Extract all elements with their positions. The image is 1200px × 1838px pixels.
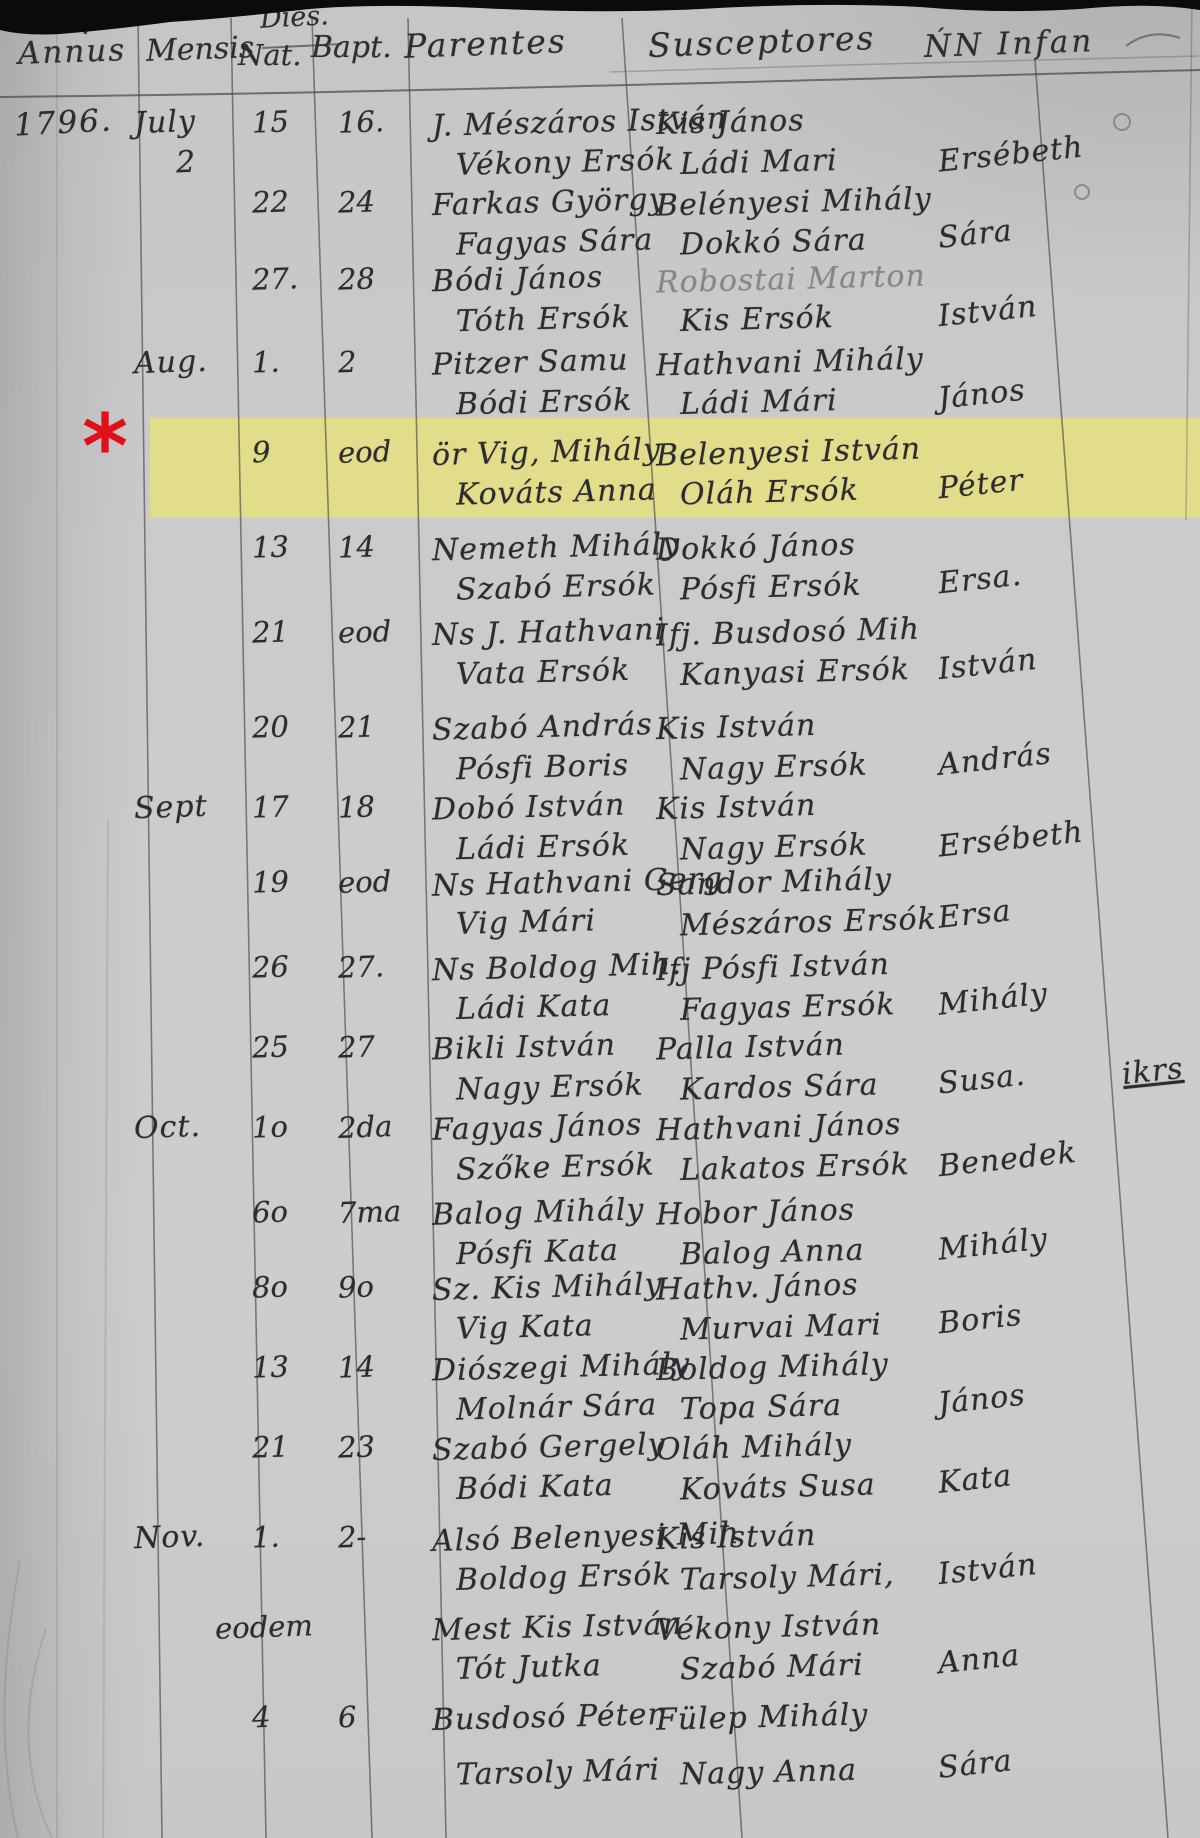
godfather-name: Robostai Marton [656, 258, 927, 300]
father-name: Fagyas János [432, 1107, 643, 1147]
mother-name: Tót Jutka [456, 1648, 603, 1687]
nat-day-cell: 9 [251, 435, 271, 470]
godmother-name: Ládi Mari [680, 143, 839, 182]
bapt-day-cell: 14 [337, 529, 375, 564]
mother-name: Molnár Sára [456, 1387, 658, 1427]
godfather-name: Boldog Mihály [656, 1347, 890, 1388]
mensis-day-cell: 2 [175, 145, 196, 181]
father-name: Pitzer Samu [432, 342, 629, 382]
father-name: Nemeth Mihály [432, 527, 681, 568]
annus-cell: 1796. [13, 102, 113, 143]
godfather-name: Palla István [656, 1028, 846, 1068]
godmother-name: Kanyasi Ersók [680, 652, 911, 693]
nat-day-cell: 27. [251, 261, 298, 297]
bapt-day-cell: 27. [337, 949, 384, 985]
mensis-cell: Oct. [133, 1109, 201, 1146]
godfather-name: Kis János [656, 103, 806, 142]
bapt-day-cell: 7ma [337, 1194, 401, 1230]
father-name: Bikli István [432, 1028, 617, 1068]
father-name: Balog Mihály [432, 1192, 645, 1233]
nat-day-cell: 6o [251, 1194, 288, 1229]
godmother-name: Ládi Mári [680, 383, 839, 422]
infans-name: Anna [936, 1638, 1021, 1681]
bapt-day-cell: 6 [337, 1700, 357, 1735]
infans-name: András [936, 736, 1053, 783]
bapt-day-cell: 27 [337, 1029, 375, 1064]
godfather-name: Fülep Mihály [656, 1697, 869, 1738]
mother-name: Tarsoly Mári [456, 1752, 661, 1792]
godmother-name: Mészáros Ersók [680, 902, 938, 944]
nat-day-cell: 1. [251, 1520, 280, 1555]
godmother-name: Nagy Ersók [680, 748, 869, 788]
mensis-cell: Nov. [133, 1519, 205, 1556]
godfather-name: Hobor János [656, 1192, 856, 1232]
nat-day-cell: 26 [251, 949, 289, 984]
bapt-day-cell: 23 [337, 1429, 375, 1464]
infans-name: István [936, 1547, 1039, 1592]
infans-name: Boris [936, 1298, 1024, 1342]
father-name: Farkas György [432, 182, 667, 223]
father-name: Mest Kis István [432, 1607, 684, 1649]
father-name: Szabó András [432, 707, 654, 748]
bapt-day-cell: 2 [337, 345, 357, 380]
godfather-name: Sandor Mihály [656, 862, 893, 903]
bapt-day-cell: 28 [337, 261, 375, 296]
bapt-day-cell: 2da [337, 1109, 392, 1145]
father-name: Sz. Kis Mihály [432, 1267, 663, 1308]
nat-day-cell: 8o [251, 1269, 288, 1304]
bapt-day-cell: 9o [337, 1269, 374, 1304]
infans-name: Benedek [937, 1135, 1079, 1184]
infans-name: Sára [936, 1743, 1014, 1786]
mensis-cell: July [133, 104, 196, 141]
nat-day-cell: 4 [251, 1700, 271, 1735]
godfather-name: Dokkó János [656, 527, 857, 567]
infans-name: Susa. [936, 1058, 1027, 1102]
godmother-name: Kardos Sára [680, 1067, 879, 1107]
godmother-name: Balog Anna [680, 1233, 865, 1273]
father-name: Diószegi Mihály [432, 1347, 691, 1389]
godfather-name: Ifj Pósfi István [656, 947, 891, 988]
mensis-cell: Aug. [133, 344, 208, 382]
godfather-name: Vékony István [656, 1607, 882, 1648]
infans-name: Ersébeth [937, 814, 1086, 864]
bapt-day-cell: eod [337, 614, 391, 650]
infans-name: Péter [936, 463, 1025, 507]
father-name: Ns Boldog Mih. [432, 947, 683, 989]
mensis-cell: Sept [133, 789, 208, 827]
asterisk-marker: * [82, 403, 128, 491]
mother-name: Vékony Ersók [456, 142, 675, 183]
godmother-name: Pósfi Ersók [680, 568, 862, 608]
bapt-day-cell: 14 [337, 1349, 375, 1384]
nat-day-cell: 13 [251, 1349, 289, 1384]
infans-name: Mihály [936, 1221, 1049, 1267]
register-page: * Dies. Annus Mensis Nat. Bapt. Parentes… [0, 0, 1200, 1838]
mother-name: Vata Ersók [456, 653, 631, 693]
godmother-name: Nagy Anna [680, 1753, 858, 1793]
nat-day-cell: 15 [251, 104, 289, 139]
mother-name: Ládi Kata [456, 988, 612, 1027]
mother-name: Bódi Ersók [456, 383, 633, 423]
infans-note: ikrs [1120, 1051, 1185, 1092]
godfather-name: Belényesi Mihály [656, 181, 933, 223]
nat-day-cell: 17 [251, 789, 289, 824]
mother-name: Boldog Ersók [456, 1557, 672, 1598]
godfather-name: Kis István [656, 1518, 817, 1557]
godmother-name: Tarsoly Mári, [680, 1557, 895, 1598]
godmother-name: Lakatos Ersók [680, 1147, 911, 1188]
nat-day-cell: 19 [251, 864, 289, 899]
mother-name: Bódi Kata [456, 1468, 615, 1507]
mother-name: Pósfi Kata [456, 1233, 620, 1272]
father-name: ör Vig, Mihály [432, 432, 662, 473]
infans-name: Mihály [936, 976, 1049, 1022]
mother-name: Vig Kata [456, 1308, 595, 1347]
infans-name: Ersa. [936, 558, 1023, 602]
nat-day-cell: eodem [214, 1608, 313, 1645]
bapt-day-cell: 24 [337, 184, 375, 219]
godfather-name: Hathvani Mihály [656, 342, 925, 384]
nat-day-cell: 13 [251, 529, 289, 564]
nat-day-cell: 25 [251, 1029, 289, 1064]
bapt-day-cell: 2- [337, 1520, 366, 1555]
nat-day-cell: 21 [251, 1429, 289, 1464]
mother-name: Szabó Ersók [456, 567, 657, 607]
father-name: Szabó Gergely [432, 1427, 666, 1468]
godmother-name: Fagyas Ersók [680, 987, 896, 1028]
infans-name: Sára [936, 213, 1014, 256]
mother-name: Fagyas Sára [456, 222, 654, 262]
godmother-name: Szabó Mári [680, 1648, 864, 1688]
father-name: Busdosó Péter [432, 1697, 664, 1738]
infans-name: Ersébeth [937, 129, 1086, 179]
godmother-name: Oláh Ersók [680, 473, 860, 513]
bapt-day-cell: eod [337, 434, 391, 470]
godmother-name: Topa Sára [680, 1388, 843, 1427]
mother-name: Kováts Anna [456, 472, 658, 512]
godmother-name: Murvai Mari [680, 1307, 883, 1347]
godmother-name: Kis Ersók [680, 300, 835, 339]
bapt-day-cell: eod [337, 864, 391, 900]
godfather-name: Kis István [656, 788, 817, 827]
infans-name: Ersa [936, 893, 1013, 935]
bapt-day-cell: 21 [337, 709, 375, 744]
mother-name: Szőke Ersók [456, 1147, 656, 1187]
father-name: Ns J. Hathvani [432, 612, 666, 653]
godfather-name: Ifj. Busdosó Mih [656, 612, 921, 654]
father-name: Dobó István [432, 787, 626, 827]
mother-name: Pósfi Boris [456, 748, 630, 788]
bapt-day-cell: 16. [337, 104, 384, 140]
infans-name: János [936, 1378, 1027, 1422]
register-rows: 1796.July21516.J. Mészáros IstvánVékony … [0, 0, 1200, 1838]
nat-day-cell: 1o [251, 1109, 288, 1144]
mother-name: Vig Mári [456, 903, 597, 942]
infans-name: János [936, 373, 1027, 417]
godmother-name: Dokkó Sára [680, 223, 868, 263]
godfather-name: Hathvani János [656, 1107, 902, 1148]
mother-name: Nagy Ersók [456, 1068, 645, 1108]
mother-name: Tóth Ersók [456, 300, 631, 340]
father-name: Bódi János [432, 260, 604, 299]
bapt-day-cell: 18 [337, 789, 375, 824]
nat-day-cell: 20 [251, 709, 289, 744]
godfather-name: Kis István [656, 708, 817, 747]
mother-name: Ládi Ersók [456, 828, 631, 868]
infans-name: Kata [936, 1458, 1014, 1501]
nat-day-cell: 22 [251, 184, 289, 219]
infans-name: István [936, 289, 1039, 334]
godfather-name: Belenyesi István [656, 432, 922, 474]
godmother-name: Kováts Susa [680, 1467, 877, 1507]
nat-day-cell: 21 [251, 614, 289, 649]
godfather-name: Hathv. János [656, 1267, 859, 1307]
godfather-name: Oláh Mihály [656, 1427, 853, 1467]
infans-name: István [936, 642, 1039, 687]
nat-day-cell: 1. [251, 345, 280, 380]
